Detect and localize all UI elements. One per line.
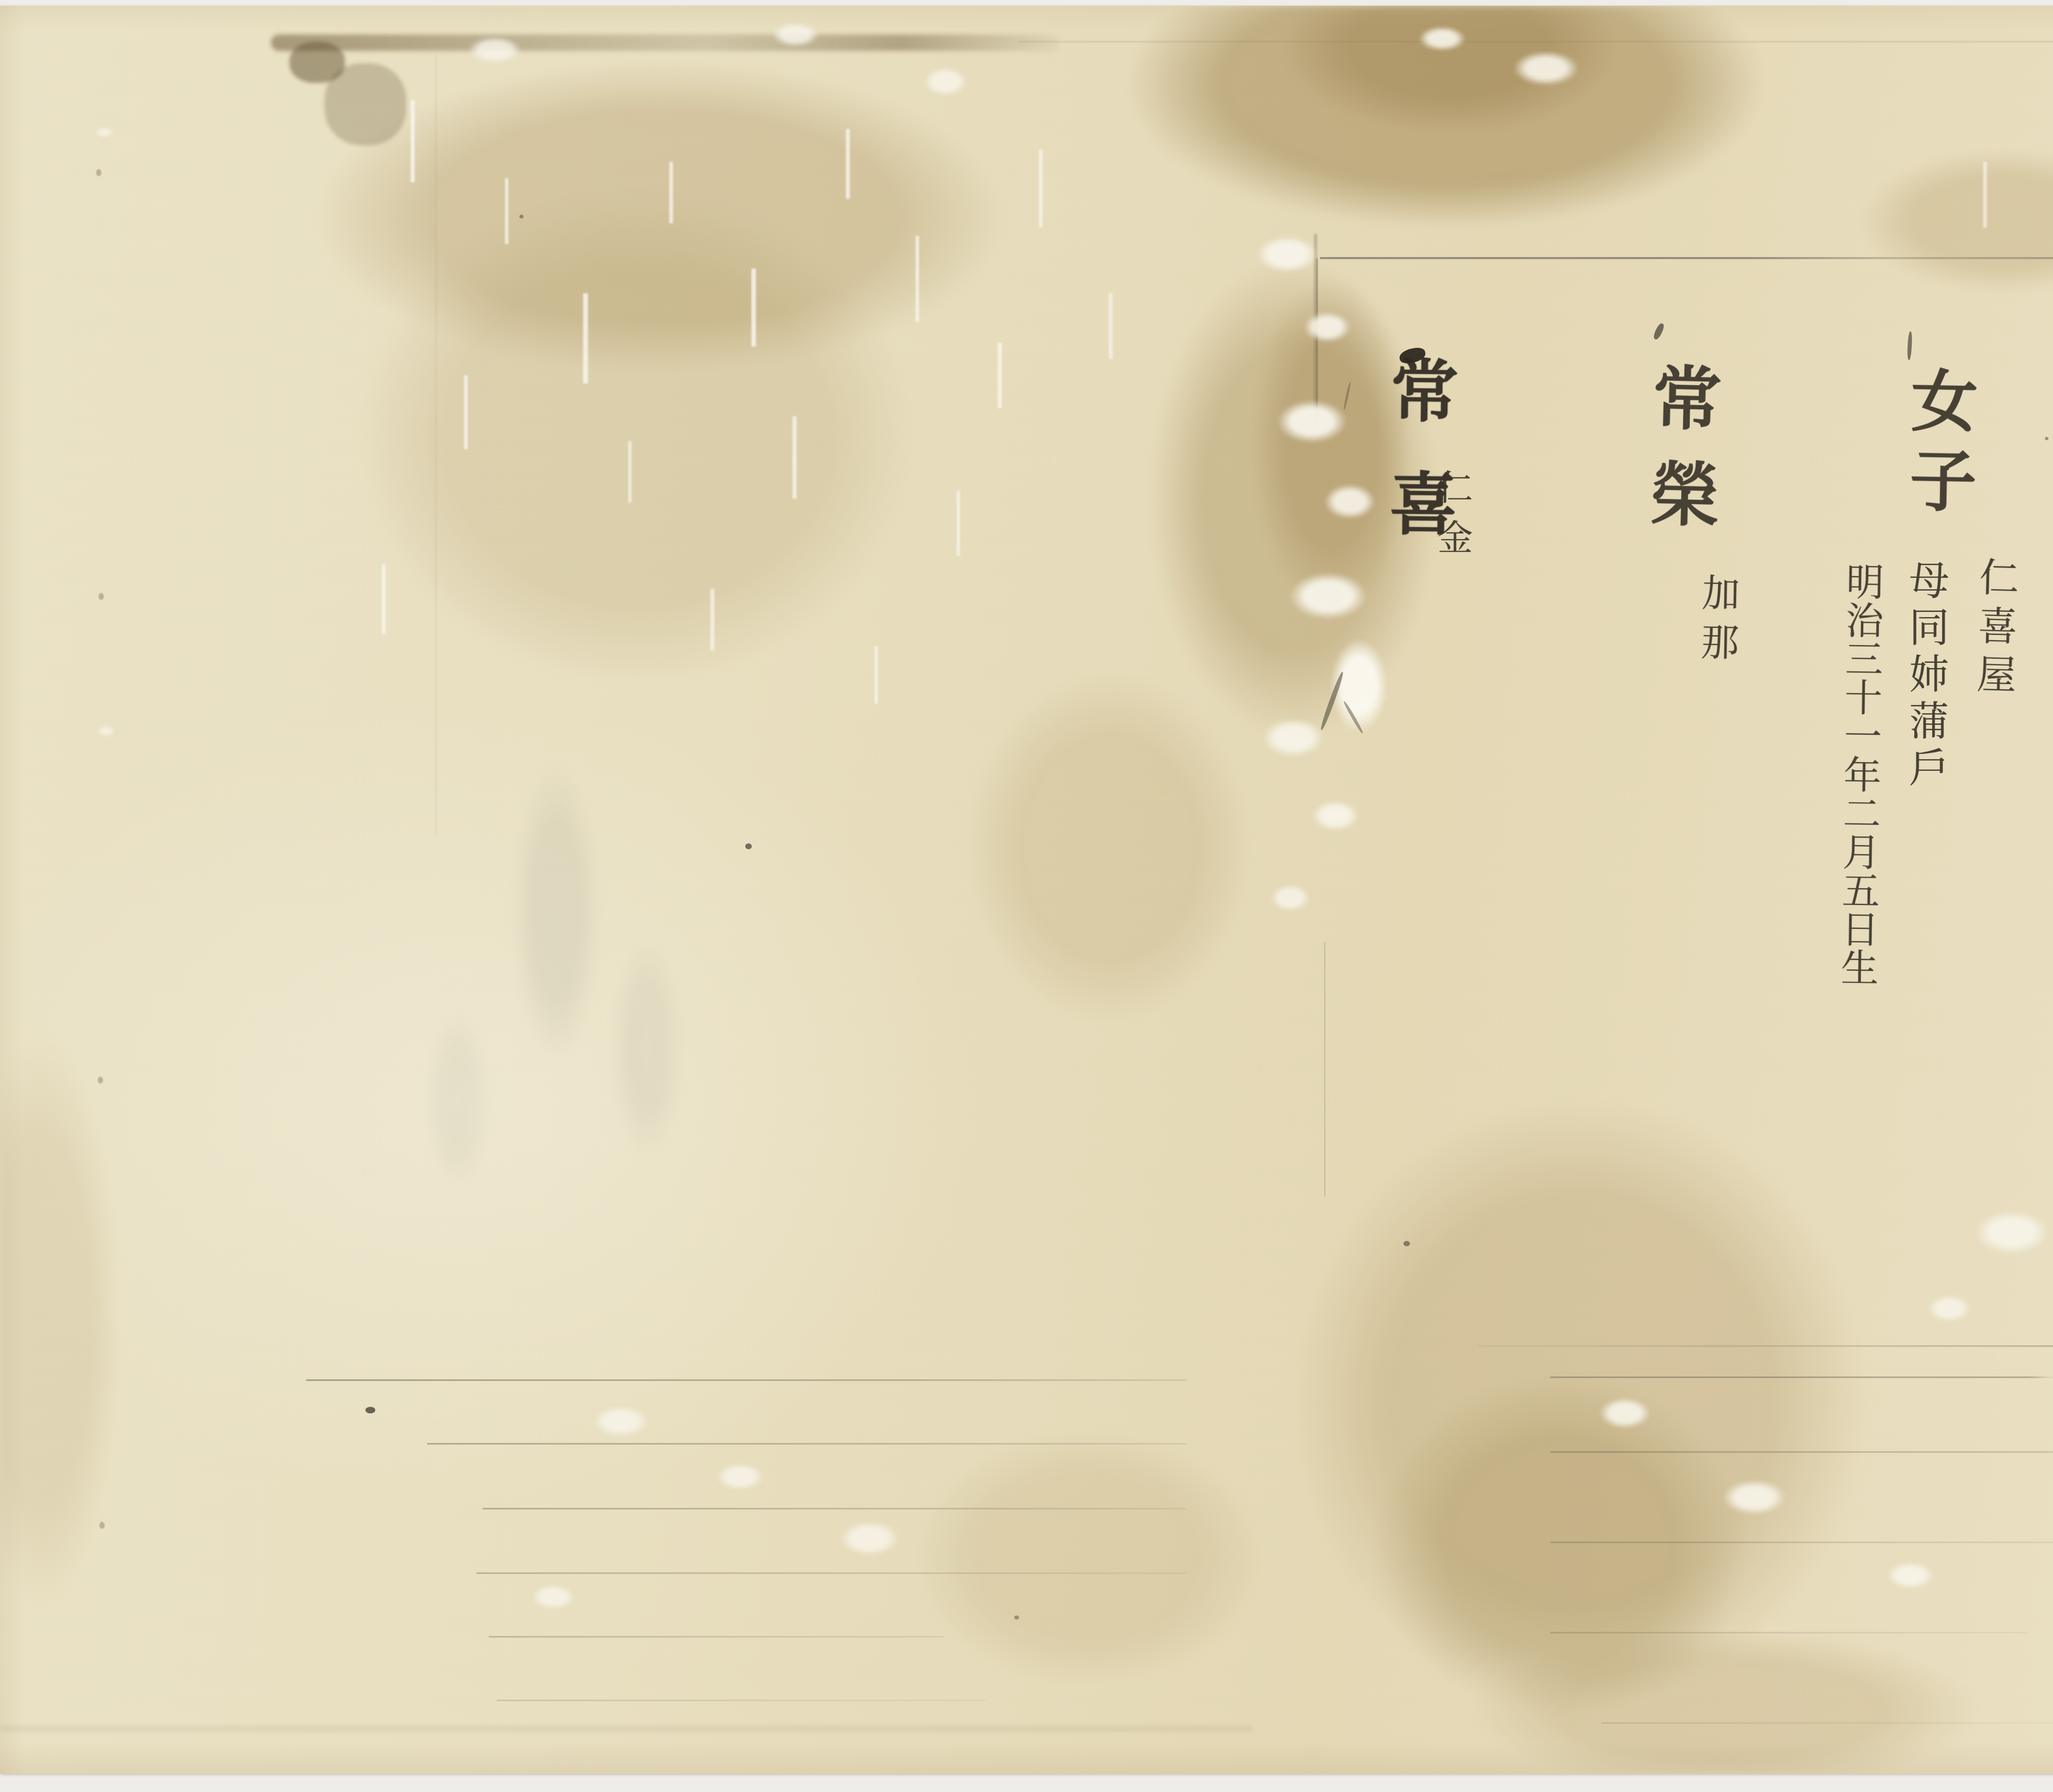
scanned-register-spread: 女子 蒲戶 母浦渡氏上地仁也常量長女蒲戶 光緒十九年癸巳十月二十日生 女子 仁喜… [0, 0, 2053, 1792]
document-page: 女子 蒲戶 母浦渡氏上地仁也常量長女蒲戶 光緒十九年癸巳十月二十日生 女子 仁喜… [0, 6, 2053, 1774]
paper-edge-shading [0, 6, 2053, 1774]
